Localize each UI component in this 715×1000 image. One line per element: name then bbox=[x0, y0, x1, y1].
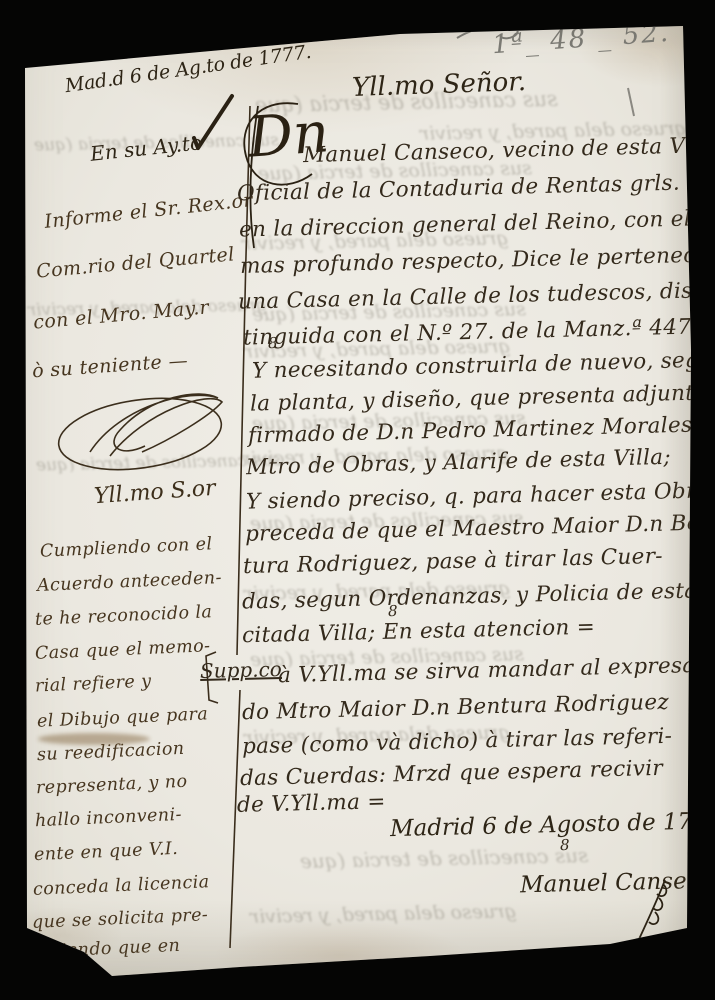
paper-sheet: sus canecillos de tercia (que grueso del… bbox=[0, 0, 715, 1000]
manuscript-photo: sus canecillos de tercia (que grueso del… bbox=[0, 0, 715, 1000]
scribal-mark: 8 bbox=[388, 604, 398, 619]
scribal-mark: 8 bbox=[268, 336, 278, 351]
scribal-mark: 8 bbox=[560, 838, 570, 853]
signature-rubric-icon bbox=[605, 878, 715, 988]
petition-label: Supp.co bbox=[200, 659, 282, 681]
letter-line: de V.Yll.ma = bbox=[237, 791, 386, 816]
salutation: Yll.mo Señor. bbox=[352, 69, 527, 101]
archival-number-pencil: 3071 bbox=[45, 25, 79, 41]
